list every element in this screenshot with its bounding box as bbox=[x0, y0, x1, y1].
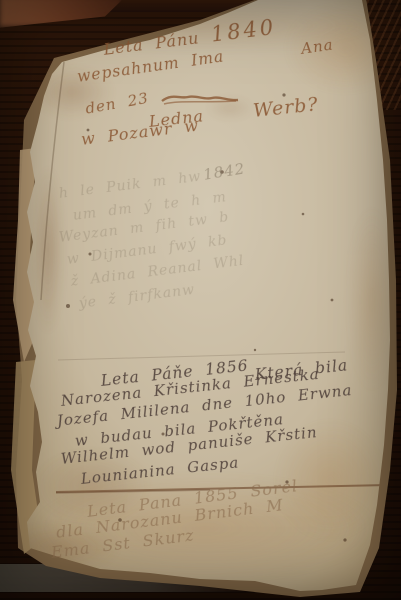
entry-1840-annotation: Ana bbox=[300, 35, 335, 57]
entry-1840-line: den 23 bbox=[84, 89, 150, 118]
manuscript-photo: Leta Pánu 1840 Ana wepsahnum Ima den 23 … bbox=[0, 0, 401, 600]
entry-1840-place: Werb? bbox=[252, 93, 320, 122]
entry-1840-line: w Pozawr w bbox=[80, 116, 200, 149]
handwriting-layer: Leta Pánu 1840 Ana wepsahnum Ima den 23 … bbox=[0, 0, 401, 600]
entry-1842-year: 1842 bbox=[202, 159, 246, 183]
entry-1840-year: 1840 bbox=[210, 15, 278, 47]
